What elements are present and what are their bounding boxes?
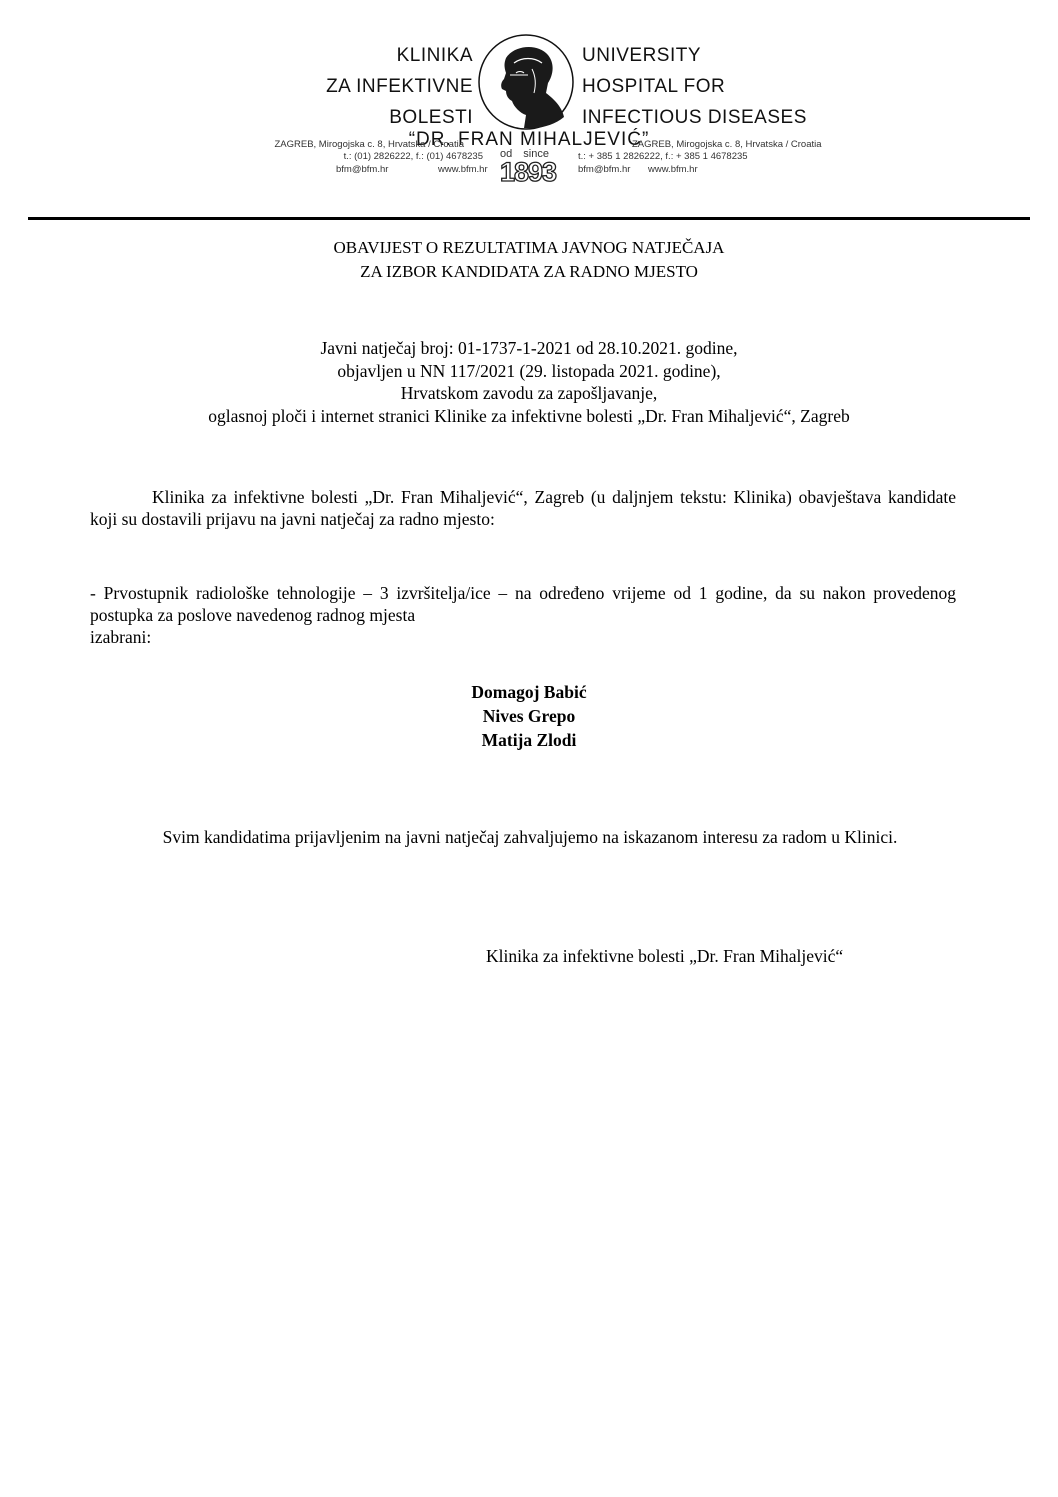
letterhead-left-line: KLINIKA xyxy=(326,40,473,71)
letterhead-right-name: UNIVERSITY HOSPITAL FOR INFECTIOUS DISEA… xyxy=(582,40,807,133)
title-line: OBAVIJEST O REZULTATIMA JAVNOG NATJEČAJA xyxy=(0,236,1058,260)
candidate-name: Domagoj Babić xyxy=(0,680,1058,704)
phone-left: t.: (01) 2826222, f.: (01) 4678235 xyxy=(344,150,483,163)
email-left: bfm@bfm.hr xyxy=(336,163,388,176)
candidate-name: Nives Grepo xyxy=(0,704,1058,728)
reference-line: oglasnoj ploči i internet stranici Klini… xyxy=(0,405,1058,428)
position-line: - Prvostupnik radiološke tehnologije – 3… xyxy=(90,582,956,626)
reference-line: Hrvatskom zavodu za zapošljavanje, xyxy=(0,382,1058,405)
selected-label: izabrani: xyxy=(90,626,956,648)
candidate-name: Matija Zlodi xyxy=(0,728,1058,752)
document-title: OBAVIJEST O REZULTATIMA JAVNOG NATJEČAJA… xyxy=(0,236,1058,284)
signature: Klinika za infektivne bolesti „Dr. Fran … xyxy=(486,946,843,967)
letterhead-left-name: KLINIKA ZA INFEKTIVNE BOLESTI xyxy=(326,40,473,133)
thanks-paragraph: Svim kandidatima prijavljenim na javni n… xyxy=(100,826,960,848)
letterhead-left-line: ZA INFEKTIVNE xyxy=(326,71,473,102)
website-left: www.bfm.hr xyxy=(438,163,488,176)
reference-line: Javni natječaj broj: 01-1737-1-2021 od 2… xyxy=(0,337,1058,360)
founding-year: 1893 xyxy=(500,157,556,188)
reference-line: objavljen u NN 117/2021 (29. listopada 2… xyxy=(0,360,1058,383)
tender-reference: Javni natječaj broj: 01-1737-1-2021 od 2… xyxy=(0,337,1058,427)
intro-paragraph: Klinika za infektivne bolesti „Dr. Fran … xyxy=(90,486,956,530)
website-right: www.bfm.hr xyxy=(648,163,698,176)
email-right: bfm@bfm.hr xyxy=(578,163,630,176)
letterhead-right-line: HOSPITAL FOR xyxy=(582,71,807,102)
portrait-medallion-icon xyxy=(476,33,576,131)
position-paragraph: - Prvostupnik radiološke tehnologije – 3… xyxy=(90,582,956,648)
selected-candidates: Domagoj Babić Nives Grepo Matija Zlodi xyxy=(0,680,1058,752)
header-divider xyxy=(28,217,1030,220)
letterhead-right-line: UNIVERSITY xyxy=(582,40,807,71)
title-line: ZA IZBOR KANDIDATA ZA RADNO MJESTO xyxy=(0,260,1058,284)
phone-right: t.: + 385 1 2826222, f.: + 385 1 4678235 xyxy=(578,150,748,163)
